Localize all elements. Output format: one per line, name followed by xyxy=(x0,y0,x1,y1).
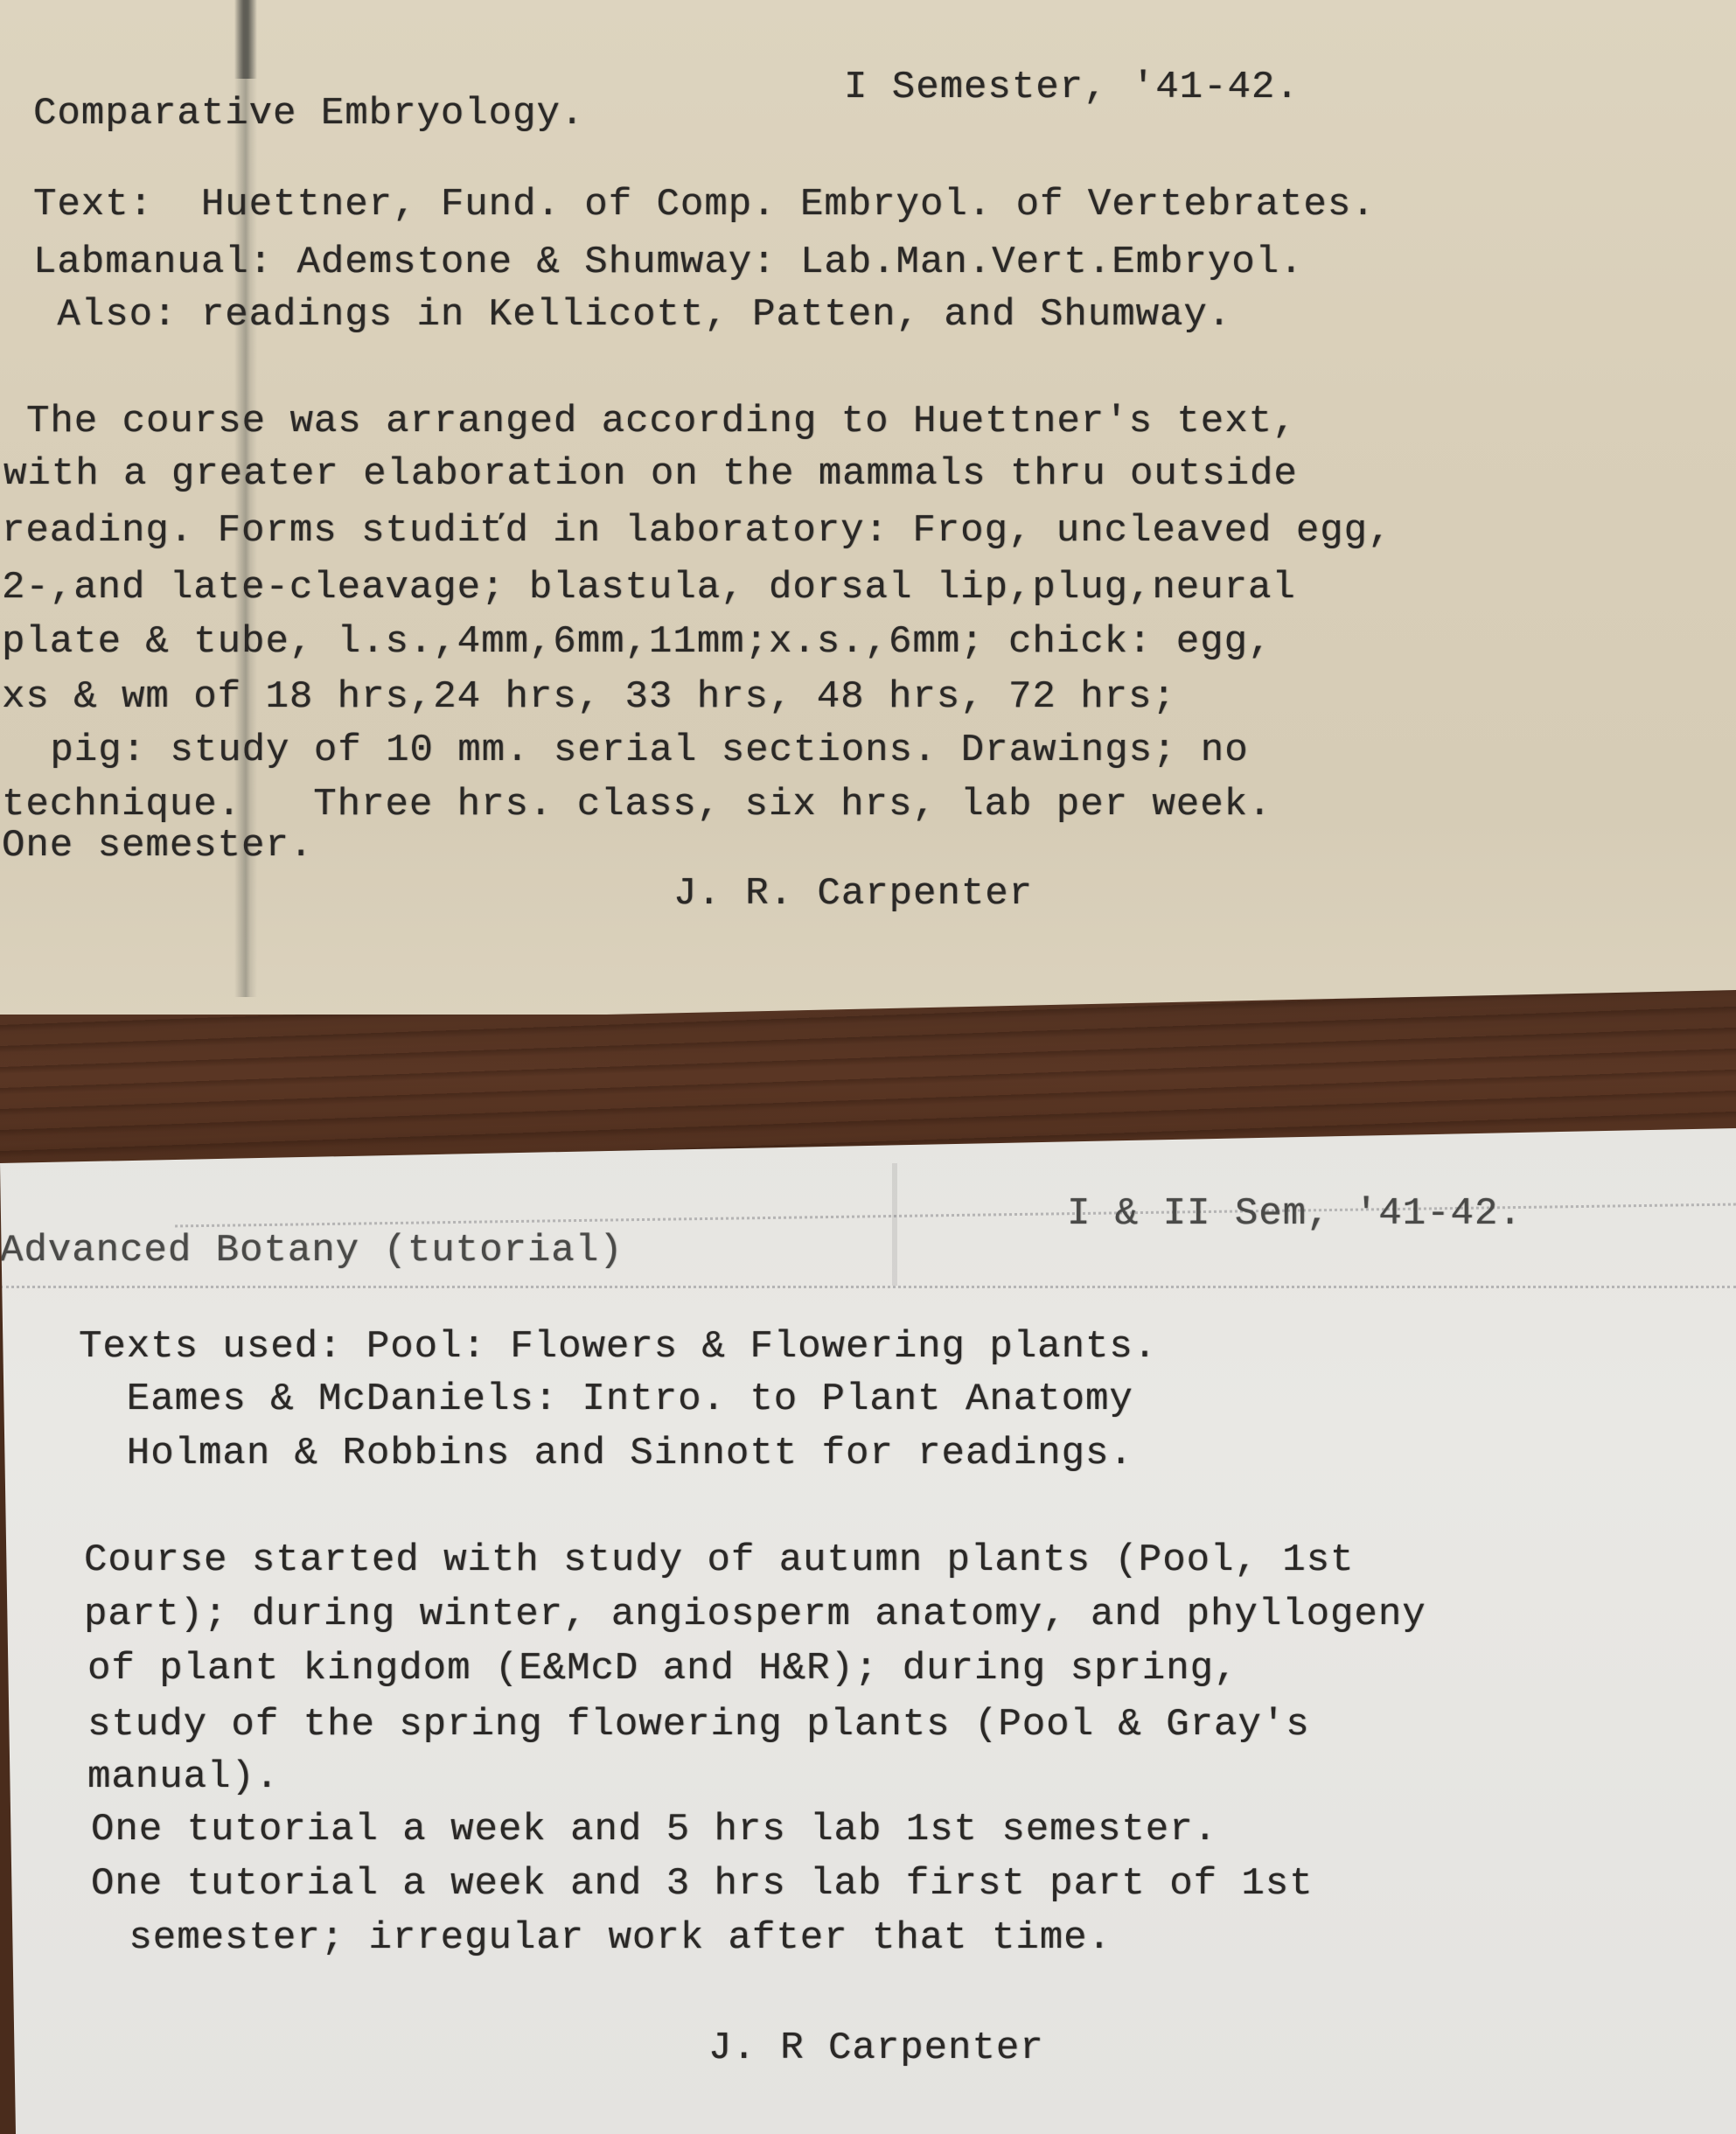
ruled-line xyxy=(0,1286,1736,1288)
description-line: study of the spring flowering plants (Po… xyxy=(87,1705,1310,1744)
textbook-line: Also: readings in Kellicott, Patten, and… xyxy=(33,296,1231,334)
description-line: One semester. xyxy=(2,826,313,865)
description-line: technique. Three hrs. class, six hrs, la… xyxy=(2,785,1272,824)
description-line: 2-,and late-cleavage; blastula, dorsal l… xyxy=(2,568,1296,607)
signature: J. R Carpenter xyxy=(708,2029,1044,2068)
description-line: plate & tube, l.s.,4mm,6mm,11mm;x.s.,6mm… xyxy=(2,623,1272,661)
index-card-advanced-botany: Advanced Botany (tutorial) I & II Sem, '… xyxy=(0,1128,1736,2134)
description-line: reading. Forms studiťd in laboratory: Fr… xyxy=(2,512,1391,550)
description-line: The course was arranged according to Hue… xyxy=(26,402,1296,441)
course-title: Comparative Embryology. xyxy=(33,94,584,133)
description-line: part); during winter, angiosperm anatomy… xyxy=(84,1595,1426,1634)
course-term: I & II Sem, '41-42. xyxy=(1067,1195,1523,1233)
textbook-line: Labmanual: Ademstone & Shumway: Lab.Man.… xyxy=(33,243,1303,282)
textbook-line: Eames & McDaniels: Intro. to Plant Anato… xyxy=(79,1380,1133,1419)
description-line: of plant kingdom (E&McD and H&R); during… xyxy=(87,1649,1238,1688)
description-line: manual). xyxy=(87,1758,279,1796)
textbook-line: Holman & Robbins and Sinnott for reading… xyxy=(79,1434,1133,1473)
textbook-line: Texts used: Pool: Flowers & Flowering pl… xyxy=(79,1328,1157,1366)
description-line: One tutorial a week and 3 hrs lab first … xyxy=(91,1865,1314,1903)
description-line: pig: study of 10 mm. serial sections. Dr… xyxy=(26,731,1249,770)
signature: J. R. Carpenter xyxy=(673,875,1033,913)
index-card-comparative-embryology: Comparative Embryology. I Semester, '41-… xyxy=(0,0,1736,1015)
course-title: Advanced Botany (tutorial) xyxy=(0,1231,624,1270)
description-line: with a greater elaboration on the mammal… xyxy=(3,455,1298,493)
description-line: Course started with study of autumn plan… xyxy=(84,1541,1354,1580)
description-line: xs & wm of 18 hrs,24 hrs, 33 hrs, 48 hrs… xyxy=(2,678,1176,716)
course-term: I Semester, '41-42. xyxy=(844,68,1300,107)
description-line: semester; irregular work after that time… xyxy=(105,1919,1112,1957)
description-line: One tutorial a week and 5 hrs lab 1st se… xyxy=(91,1810,1217,1849)
textbook-line: Text: Huettner, Fund. of Comp. Embryol. … xyxy=(33,185,1376,224)
